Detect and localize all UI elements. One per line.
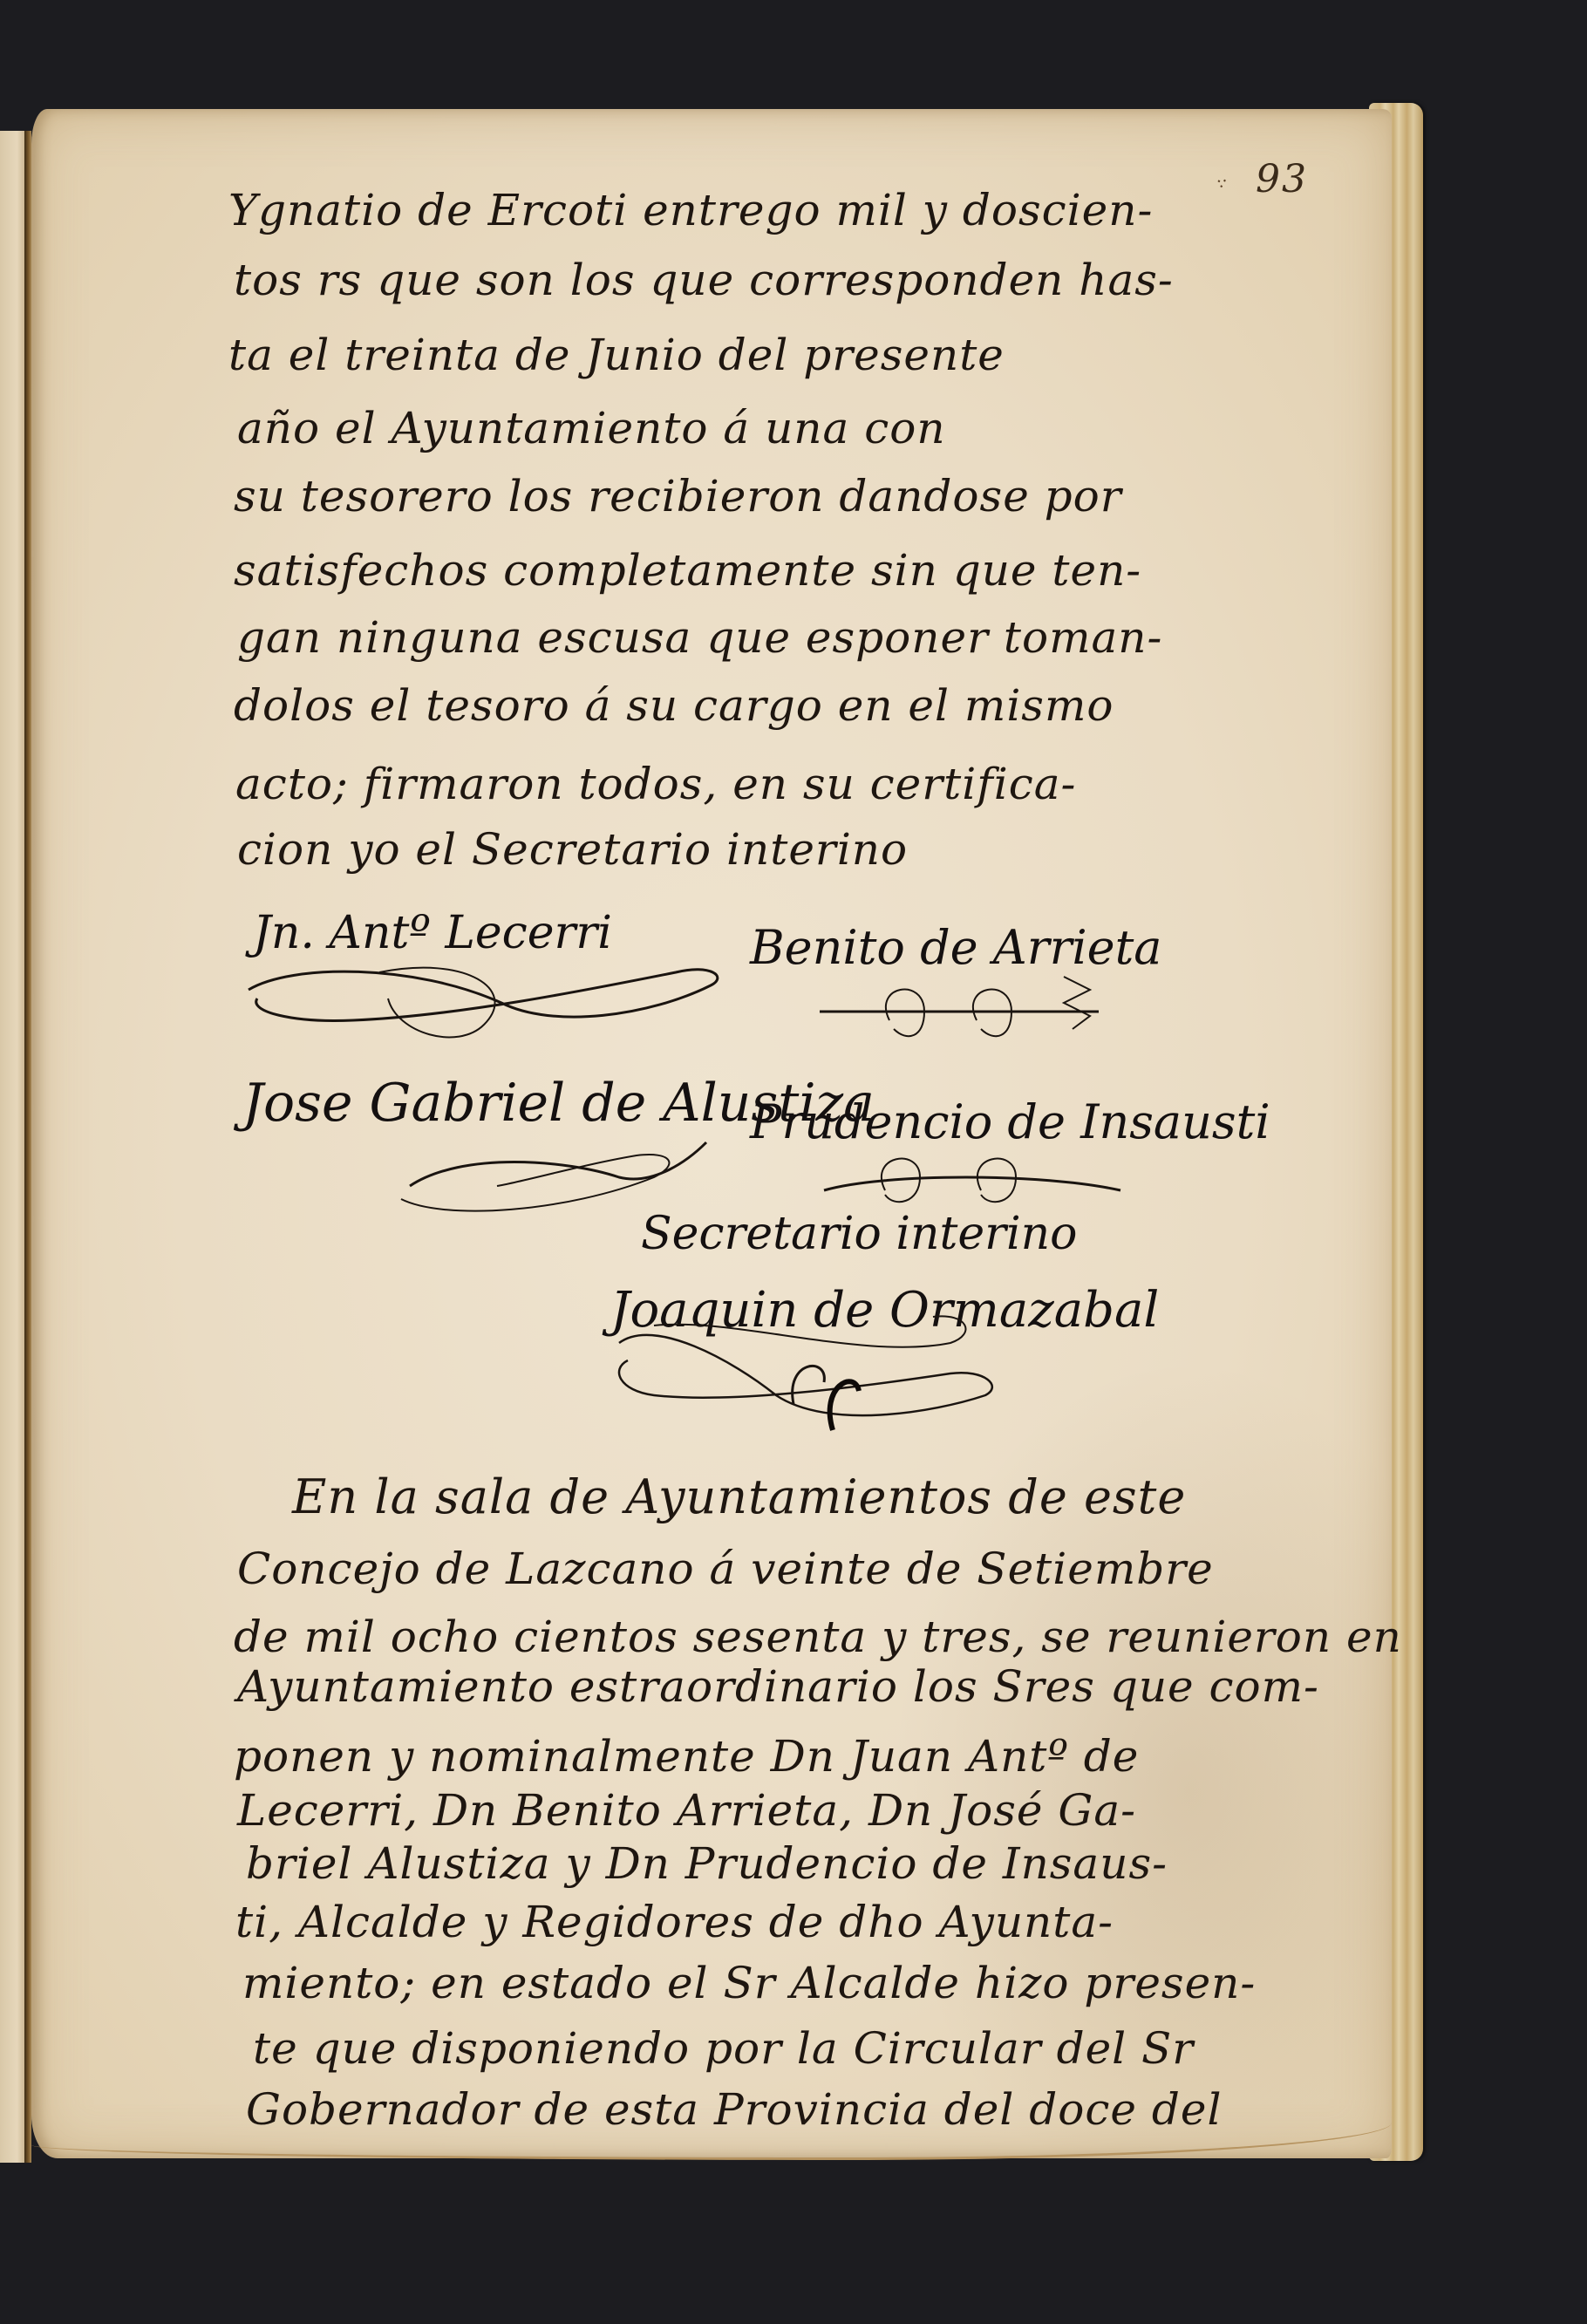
text-line: ponen y nominalmente Dn Juan Antº de <box>234 1731 1139 1782</box>
signature-insausti: Prudencio de Insausti <box>750 1094 1270 1149</box>
page-number: 93 <box>1256 157 1308 201</box>
secretary-title: Secretario interino <box>641 1208 1077 1260</box>
signature-ormazabal: Joaquin de Ormazabal <box>610 1282 1159 1339</box>
text-line: de mil ocho cientos sesenta y tres, se r… <box>234 1612 1402 1662</box>
text-line: tos rs que son los que corresponden has- <box>234 255 1174 305</box>
signature-lecerri: Jn. Antº Lecerri <box>253 907 612 959</box>
gutter-shadow <box>24 131 31 2163</box>
text-line: año el Ayuntamiento á una con <box>237 403 946 453</box>
text-line: Concejo de Lazcano á veinte de Setiembre <box>237 1544 1214 1594</box>
text-line: Lecerri, Dn Benito Arrieta, Dn José Ga- <box>237 1785 1136 1836</box>
text-line: En la sala de Ayuntamientos de este <box>292 1469 1186 1524</box>
text-line: ti, Alcalde y Regidores de dho Ayunta- <box>235 1897 1114 1947</box>
text-line: Ayuntamiento estraordinario los Sres que… <box>237 1661 1319 1712</box>
text-line: satisfechos completamente sin que ten- <box>234 545 1141 596</box>
text-line: miento; en estado el Sr Alcalde hizo pre… <box>242 1958 1256 2008</box>
text-line: Gobernador de esta Provincia del doce de… <box>246 2084 1222 2135</box>
text-line: te que disponiendo por la Circular del S… <box>253 2023 1194 2074</box>
signature-arrieta: Benito de Arrieta <box>750 920 1162 975</box>
text-line: cion yo el Secretario interino <box>237 824 908 875</box>
text-line: su tesorero los recibieron dandose por <box>234 471 1122 521</box>
text-line: Ygnatio de Ercoti entrego mil y doscien- <box>228 185 1153 235</box>
text-line: acto; firmaron todos, en su certifica- <box>235 759 1076 809</box>
text-line: briel Alustiza y Dn Prudencio de Insaus- <box>246 1838 1168 1889</box>
facing-page-edge <box>0 131 24 2163</box>
text-line: dolos el tesoro á su cargo en el mismo <box>234 680 1114 731</box>
text-line: ta el treinta de Junio del presente <box>228 330 1005 380</box>
text-line: gan ninguna escusa que esponer toman- <box>237 612 1162 663</box>
